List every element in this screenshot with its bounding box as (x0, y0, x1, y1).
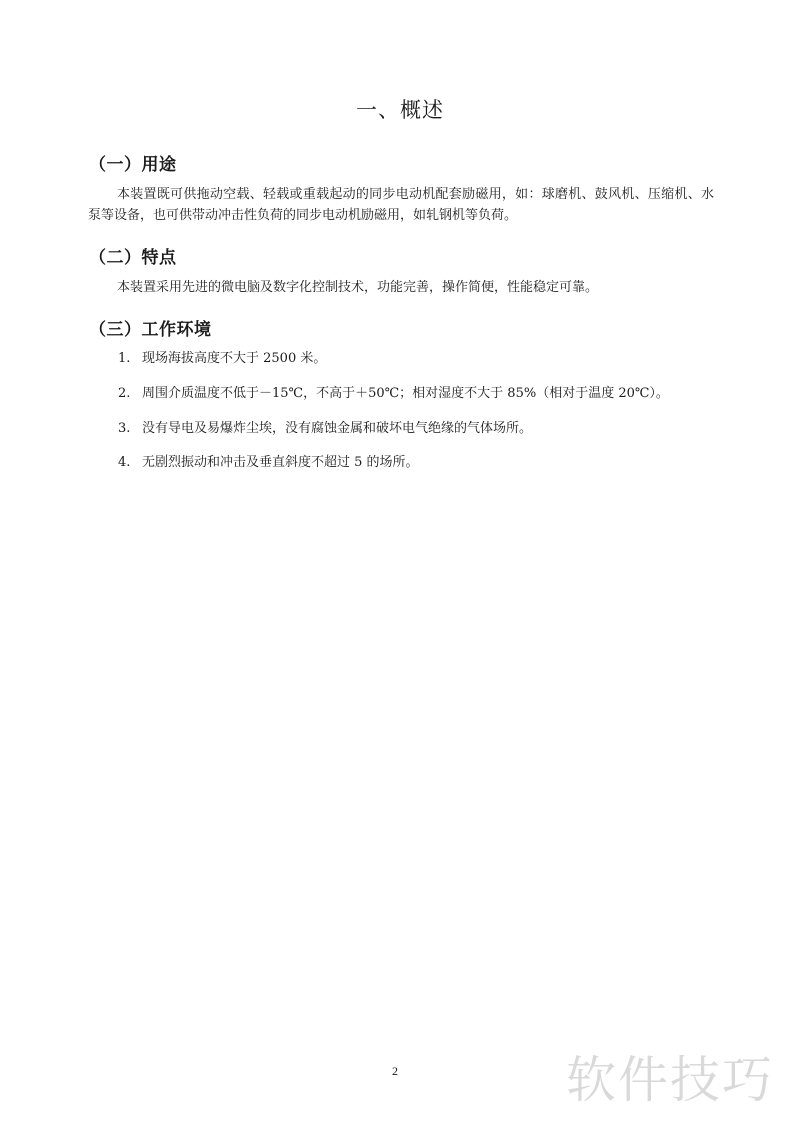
watermark: 软件技巧 (566, 1040, 774, 1112)
section-paragraph-purpose: 本装置既可供拖动空载、轻载或重载起动的同步电动机配套励磁用，如：球磨机、鼓风机、… (88, 184, 714, 226)
list-item-text: 没有导电及易爆炸尘埃，没有腐蚀金属和破坏电气绝缘的气体场所。 (142, 421, 532, 436)
list-item-text: 周围介质温度不低于－15℃，不高于＋50℃；相对湿度不大于 85%（相对于温度 … (142, 386, 669, 401)
page-number: 2 (392, 1064, 398, 1079)
list-item-text: 无剧烈振动和冲击及垂直斜度不超过 5 的场所。 (142, 455, 419, 470)
section-heading-features: （二）特点 (89, 243, 177, 268)
page-title: 一、概述 (0, 94, 800, 124)
list-item: 3.没有导电及易爆炸尘埃，没有腐蚀金属和破坏电气绝缘的气体场所。 (118, 420, 532, 438)
list-item-number: 3. (118, 420, 142, 438)
list-item: 2.周围介质温度不低于－15℃，不高于＋50℃；相对湿度不大于 85%（相对于温… (118, 385, 669, 403)
list-item: 4.无剧烈振动和冲击及垂直斜度不超过 5 的场所。 (118, 454, 419, 472)
list-item-text: 现场海拔高度不大于 2500 米。 (142, 351, 326, 366)
list-item-number: 1. (118, 350, 142, 368)
list-item: 1.现场海拔高度不大于 2500 米。 (118, 350, 326, 368)
section-paragraph-features: 本装置采用先进的微电脑及数字化控制技术，功能完善，操作简便，性能稳定可靠。 (88, 277, 714, 298)
section-heading-environment: （三）工作环境 (89, 315, 212, 340)
document-page: 一、概述 （一）用途 本装置既可供拖动空载、轻载或重载起动的同步电动机配套励磁用… (0, 0, 800, 1132)
list-item-number: 2. (118, 385, 142, 403)
section-heading-purpose: （一）用途 (89, 150, 177, 175)
list-item-number: 4. (118, 454, 142, 472)
